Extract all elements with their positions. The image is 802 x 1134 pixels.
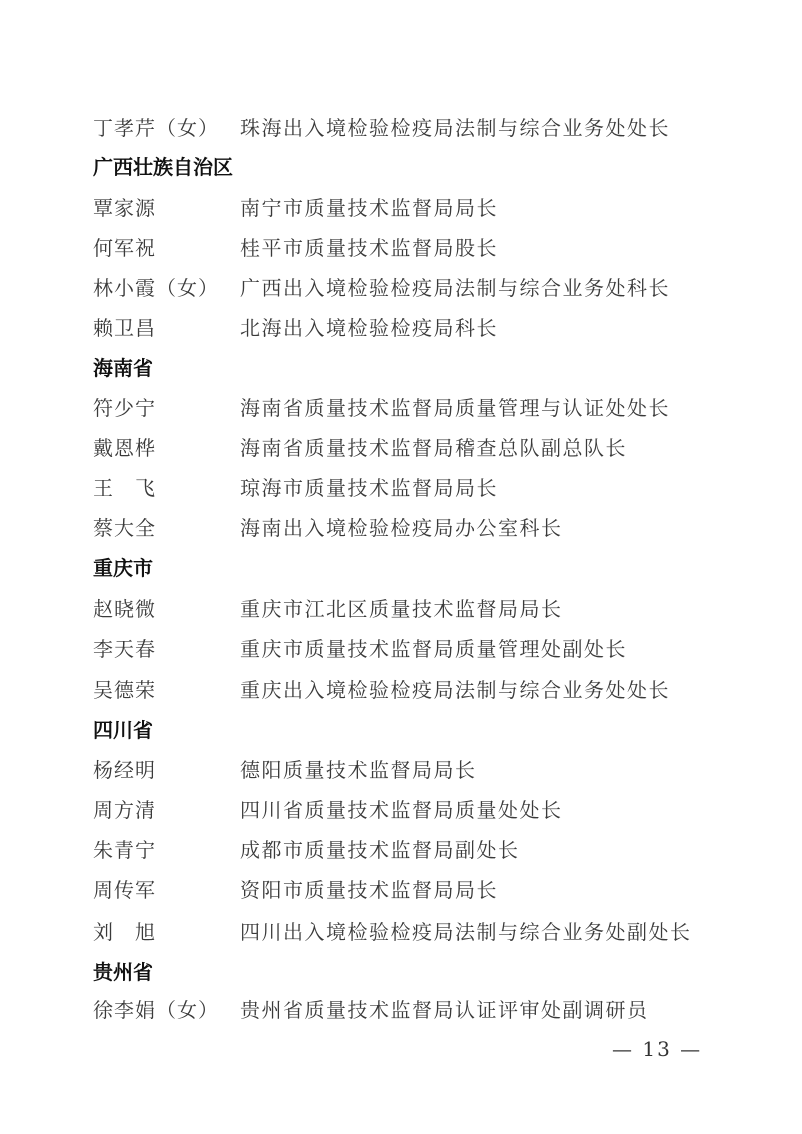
person-name: 何军祝 bbox=[93, 233, 156, 263]
person-name: 蔡大全 bbox=[93, 513, 156, 543]
person-name: 徐李娟（女） bbox=[93, 995, 219, 1025]
person-name: 周方清 bbox=[93, 795, 156, 825]
region-header: 四川省 bbox=[93, 715, 153, 745]
region-header: 海南省 bbox=[93, 353, 153, 383]
person-title: 四川省质量技术监督局质量处处长 bbox=[240, 795, 563, 825]
person-name: 赵晓微 bbox=[93, 594, 156, 624]
person-title: 珠海出入境检验检疫局法制与综合业务处处长 bbox=[240, 113, 670, 143]
person-title: 重庆市江北区质量技术监督局局长 bbox=[240, 594, 563, 624]
person-title: 海南出入境检验检疫局办公室科长 bbox=[240, 513, 563, 543]
person-title: 海南省质量技术监督局质量管理与认证处处长 bbox=[240, 393, 670, 423]
person-name: 吴德荣 bbox=[93, 675, 156, 705]
person-name: 杨经明 bbox=[93, 755, 156, 785]
person-name: 刘 旭 bbox=[93, 917, 156, 947]
person-title: 广西出入境检验检疫局法制与综合业务处科长 bbox=[240, 273, 670, 303]
person-title: 重庆市质量技术监督局质量管理处副处长 bbox=[240, 634, 627, 664]
person-name: 赖卫昌 bbox=[93, 313, 156, 343]
person-title: 资阳市质量技术监督局局长 bbox=[240, 875, 498, 905]
person-title: 北海出入境检验检疫局科长 bbox=[240, 313, 498, 343]
person-name: 周传军 bbox=[93, 875, 156, 905]
person-title: 四川出入境检验检疫局法制与综合业务处副处长 bbox=[240, 917, 692, 947]
person-name: 朱青宁 bbox=[93, 835, 156, 865]
person-title: 海南省质量技术监督局稽查总队副总队长 bbox=[240, 433, 627, 463]
person-name: 丁孝芹（女） bbox=[93, 113, 219, 143]
person-title: 成都市质量技术监督局副处长 bbox=[240, 835, 520, 865]
person-name: 符少宁 bbox=[93, 393, 156, 423]
region-header: 贵州省 bbox=[93, 957, 153, 987]
person-title: 德阳质量技术监督局局长 bbox=[240, 755, 477, 785]
region-header: 重庆市 bbox=[93, 553, 153, 583]
region-header: 广西壮族自治区 bbox=[93, 152, 233, 182]
person-name: 林小霞（女） bbox=[93, 273, 219, 303]
person-name: 戴恩桦 bbox=[93, 433, 156, 463]
document-page: 丁孝芹（女） 珠海出入境检验检疫局法制与综合业务处处长 广西壮族自治区 覃家源 … bbox=[0, 0, 802, 1134]
person-name: 李天春 bbox=[93, 634, 156, 664]
person-title: 重庆出入境检验检疫局法制与综合业务处处长 bbox=[240, 675, 670, 705]
person-title: 桂平市质量技术监督局股长 bbox=[240, 233, 498, 263]
person-title: 琼海市质量技术监督局局长 bbox=[240, 473, 498, 503]
person-name: 王 飞 bbox=[93, 473, 156, 503]
page-number: — 13 — bbox=[612, 1037, 702, 1061]
person-title: 南宁市质量技术监督局局长 bbox=[240, 193, 498, 223]
person-title: 贵州省质量技术监督局认证评审处副调研员 bbox=[240, 995, 649, 1025]
person-name: 覃家源 bbox=[93, 193, 156, 223]
